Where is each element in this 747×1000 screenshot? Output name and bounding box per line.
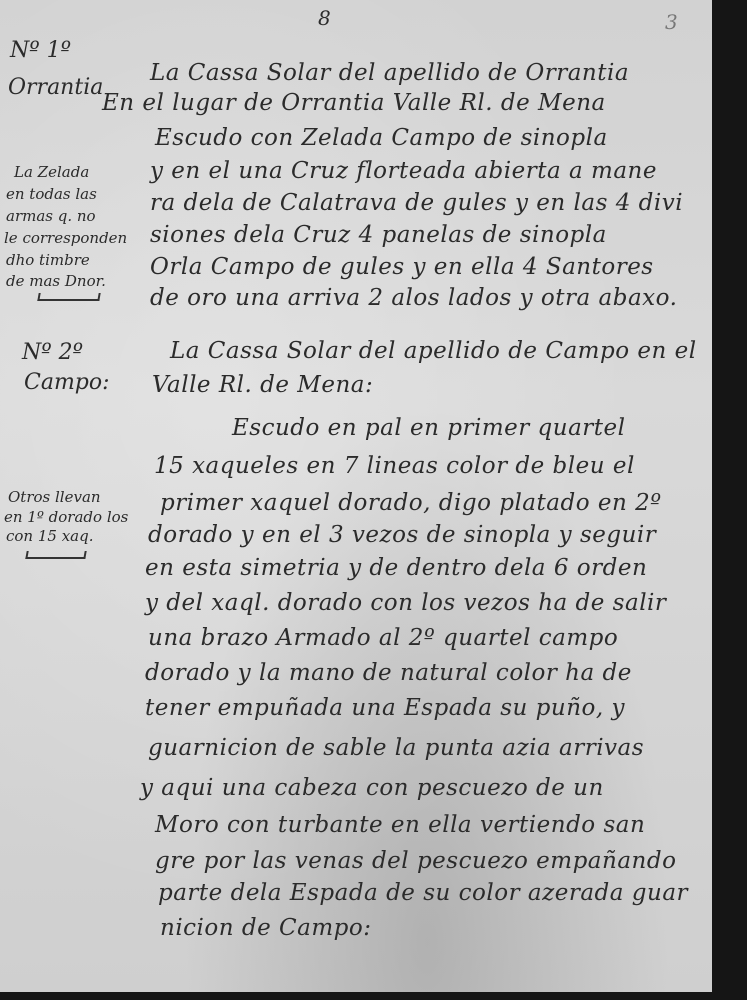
margin-note-line: en 1º dorado los <box>4 508 128 526</box>
entry-2-surname: Campo: <box>24 370 110 395</box>
margin-note-line: en todas las <box>6 185 97 203</box>
text-line: en esta simetria y de dentro dela 6 orde… <box>145 555 647 581</box>
text-line: La Cassa Solar del apellido de Orrantia <box>150 60 629 86</box>
text-line: y aqui una cabeza con pescuezo de un <box>140 775 604 801</box>
text-line: parte dela Espada de su color azerada gu… <box>158 880 688 906</box>
text-line: Orla Campo de gules y en ella 4 Santores <box>150 254 654 280</box>
folio-mark: 8 <box>318 6 331 30</box>
text-line: dorado y en el 3 vezos de sinopla y segu… <box>148 522 656 548</box>
text-line: 15 xaqueles en 7 lineas color de bleu el <box>154 453 635 479</box>
text-line: Escudo con Zelada Campo de sinopla <box>155 125 608 151</box>
text-line: En el lugar de Orrantia Valle Rl. de Men… <box>102 90 606 116</box>
margin-note-line: La Zelada <box>14 163 89 181</box>
scan-right-border <box>712 0 747 1000</box>
text-line: una brazo Armado al 2º quartel campo <box>148 625 618 651</box>
margin-bracket <box>25 551 86 559</box>
text-line: Moro con turbante en ella vertiendo san <box>155 812 645 838</box>
margin-note-line: armas q. no <box>6 207 96 225</box>
text-line: siones dela Cruz 4 panelas de sinopla <box>150 222 607 248</box>
margin-note-line: de mas Dnor. <box>6 272 106 290</box>
margin-note-line: dho timbre <box>6 251 90 269</box>
text-line: gre por las venas del pescuezo empañando <box>155 848 676 874</box>
text-line: ra dela de Calatrava de gules y en las 4… <box>150 190 683 216</box>
text-line: nicion de Campo: <box>160 915 371 941</box>
text-line: y del xaql. dorado con los vezos ha de s… <box>145 590 666 616</box>
entry-1-surname: Orrantia <box>8 75 103 100</box>
text-line: de oro una arriva 2 alos lados y otra ab… <box>150 285 677 311</box>
text-line: Valle Rl. de Mena: <box>152 372 373 398</box>
margin-note-line: le corresponden <box>4 229 127 247</box>
margin-note-line: con 15 xaq. <box>6 527 94 545</box>
text-line: Escudo en pal en primer quartel <box>232 415 626 441</box>
entry-1-number: Nº 1º <box>10 38 71 63</box>
text-line: primer xaquel dorado, digo platado en 2º <box>160 490 662 516</box>
text-line: guarnicion de sable la punta azia arriva… <box>148 735 644 761</box>
entry-2-number: Nº 2º <box>22 340 83 365</box>
text-line: La Cassa Solar del apellido de Campo en … <box>170 338 697 364</box>
text-line: tener empuñada una Espada su puño, y <box>145 695 625 721</box>
text-line: y en el una Cruz florteada abierta a man… <box>150 158 657 184</box>
scan-bottom-border <box>0 992 747 1000</box>
margin-bracket <box>37 293 100 301</box>
manuscript-page: 8 3 Nº 1º Orrantia La Zelada en todas la… <box>0 0 712 992</box>
margin-note-line: Otros llevan <box>8 488 101 506</box>
text-line: dorado y la mano de natural color ha de <box>145 660 632 686</box>
corner-number: 3 <box>665 10 678 34</box>
